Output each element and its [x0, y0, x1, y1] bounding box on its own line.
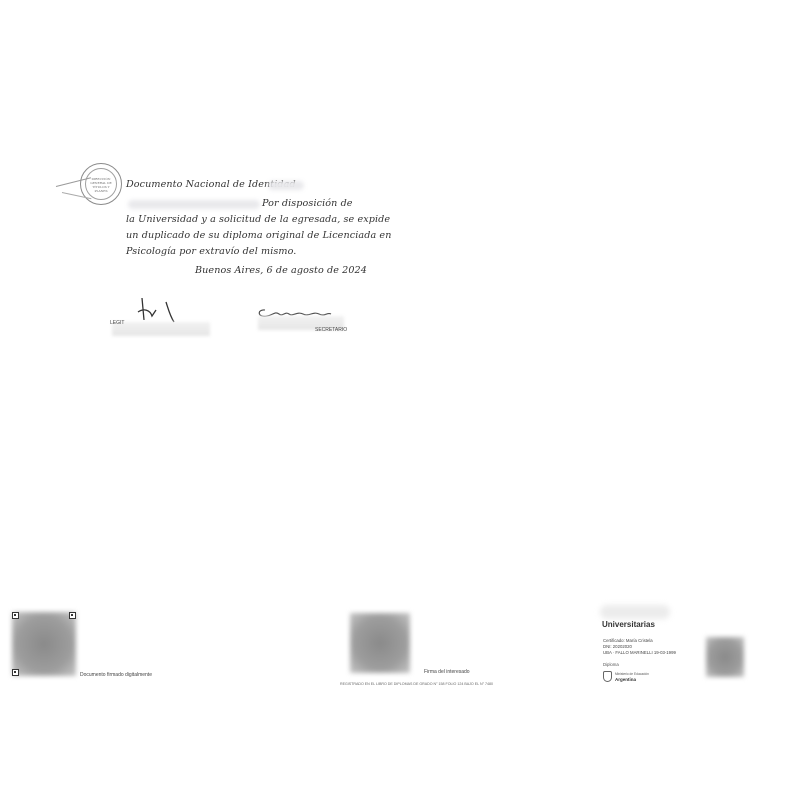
- redacted-name: [128, 200, 260, 209]
- place-date: Buenos Aires, 6 de agosto de 2024: [195, 265, 367, 276]
- info-line: Certificado: María Cristela: [603, 638, 653, 643]
- body-line: un duplicado de su diploma original de L…: [126, 230, 391, 241]
- signature-line-left: [112, 322, 210, 336]
- university-seal-icon: DIRECCIÓN GENERAL DE TÍTULOS Y PLANES: [80, 163, 122, 205]
- info-line: UBA · FALLO MARINELLI 19-03-1999: [603, 650, 676, 655]
- redacted-header: [600, 605, 670, 619]
- signature-stamp: [350, 613, 410, 673]
- digital-signature-caption: Documento firmado digitalmente: [80, 672, 152, 678]
- redacted-dni: [268, 181, 304, 190]
- section-title: Universitarias: [602, 620, 655, 629]
- qr-finder-icon: [12, 669, 19, 676]
- body-line: Psicología por extravío del mismo.: [126, 246, 296, 257]
- coat-of-arms-icon: [603, 671, 612, 682]
- document-type: Diploma: [603, 662, 619, 667]
- registry-note: REGISTRADO EN EL LIBRO DE DIPLOMAS DE GR…: [340, 682, 493, 686]
- qr-code[interactable]: [706, 637, 744, 677]
- info-line: DNI: 20202020: [603, 644, 632, 649]
- qr-finder-icon: [12, 612, 19, 619]
- qr-finder-icon: [69, 612, 76, 619]
- qr-code[interactable]: [12, 612, 76, 676]
- signature-right-label: SECRETARIO: [315, 327, 347, 333]
- body-line: la Universidad y a solicitud de la egres…: [126, 214, 390, 225]
- country-label: Argentina: [615, 677, 636, 682]
- signature-caption: Firma del interesado: [424, 669, 470, 675]
- signature-left-label: LEGIT: [110, 320, 124, 326]
- body-line: Por disposición de: [262, 198, 353, 209]
- seal-text: DIRECCIÓN GENERAL DE TÍTULOS Y PLANES: [90, 177, 112, 193]
- ministry-label: Ministerio de Educación: [615, 672, 649, 676]
